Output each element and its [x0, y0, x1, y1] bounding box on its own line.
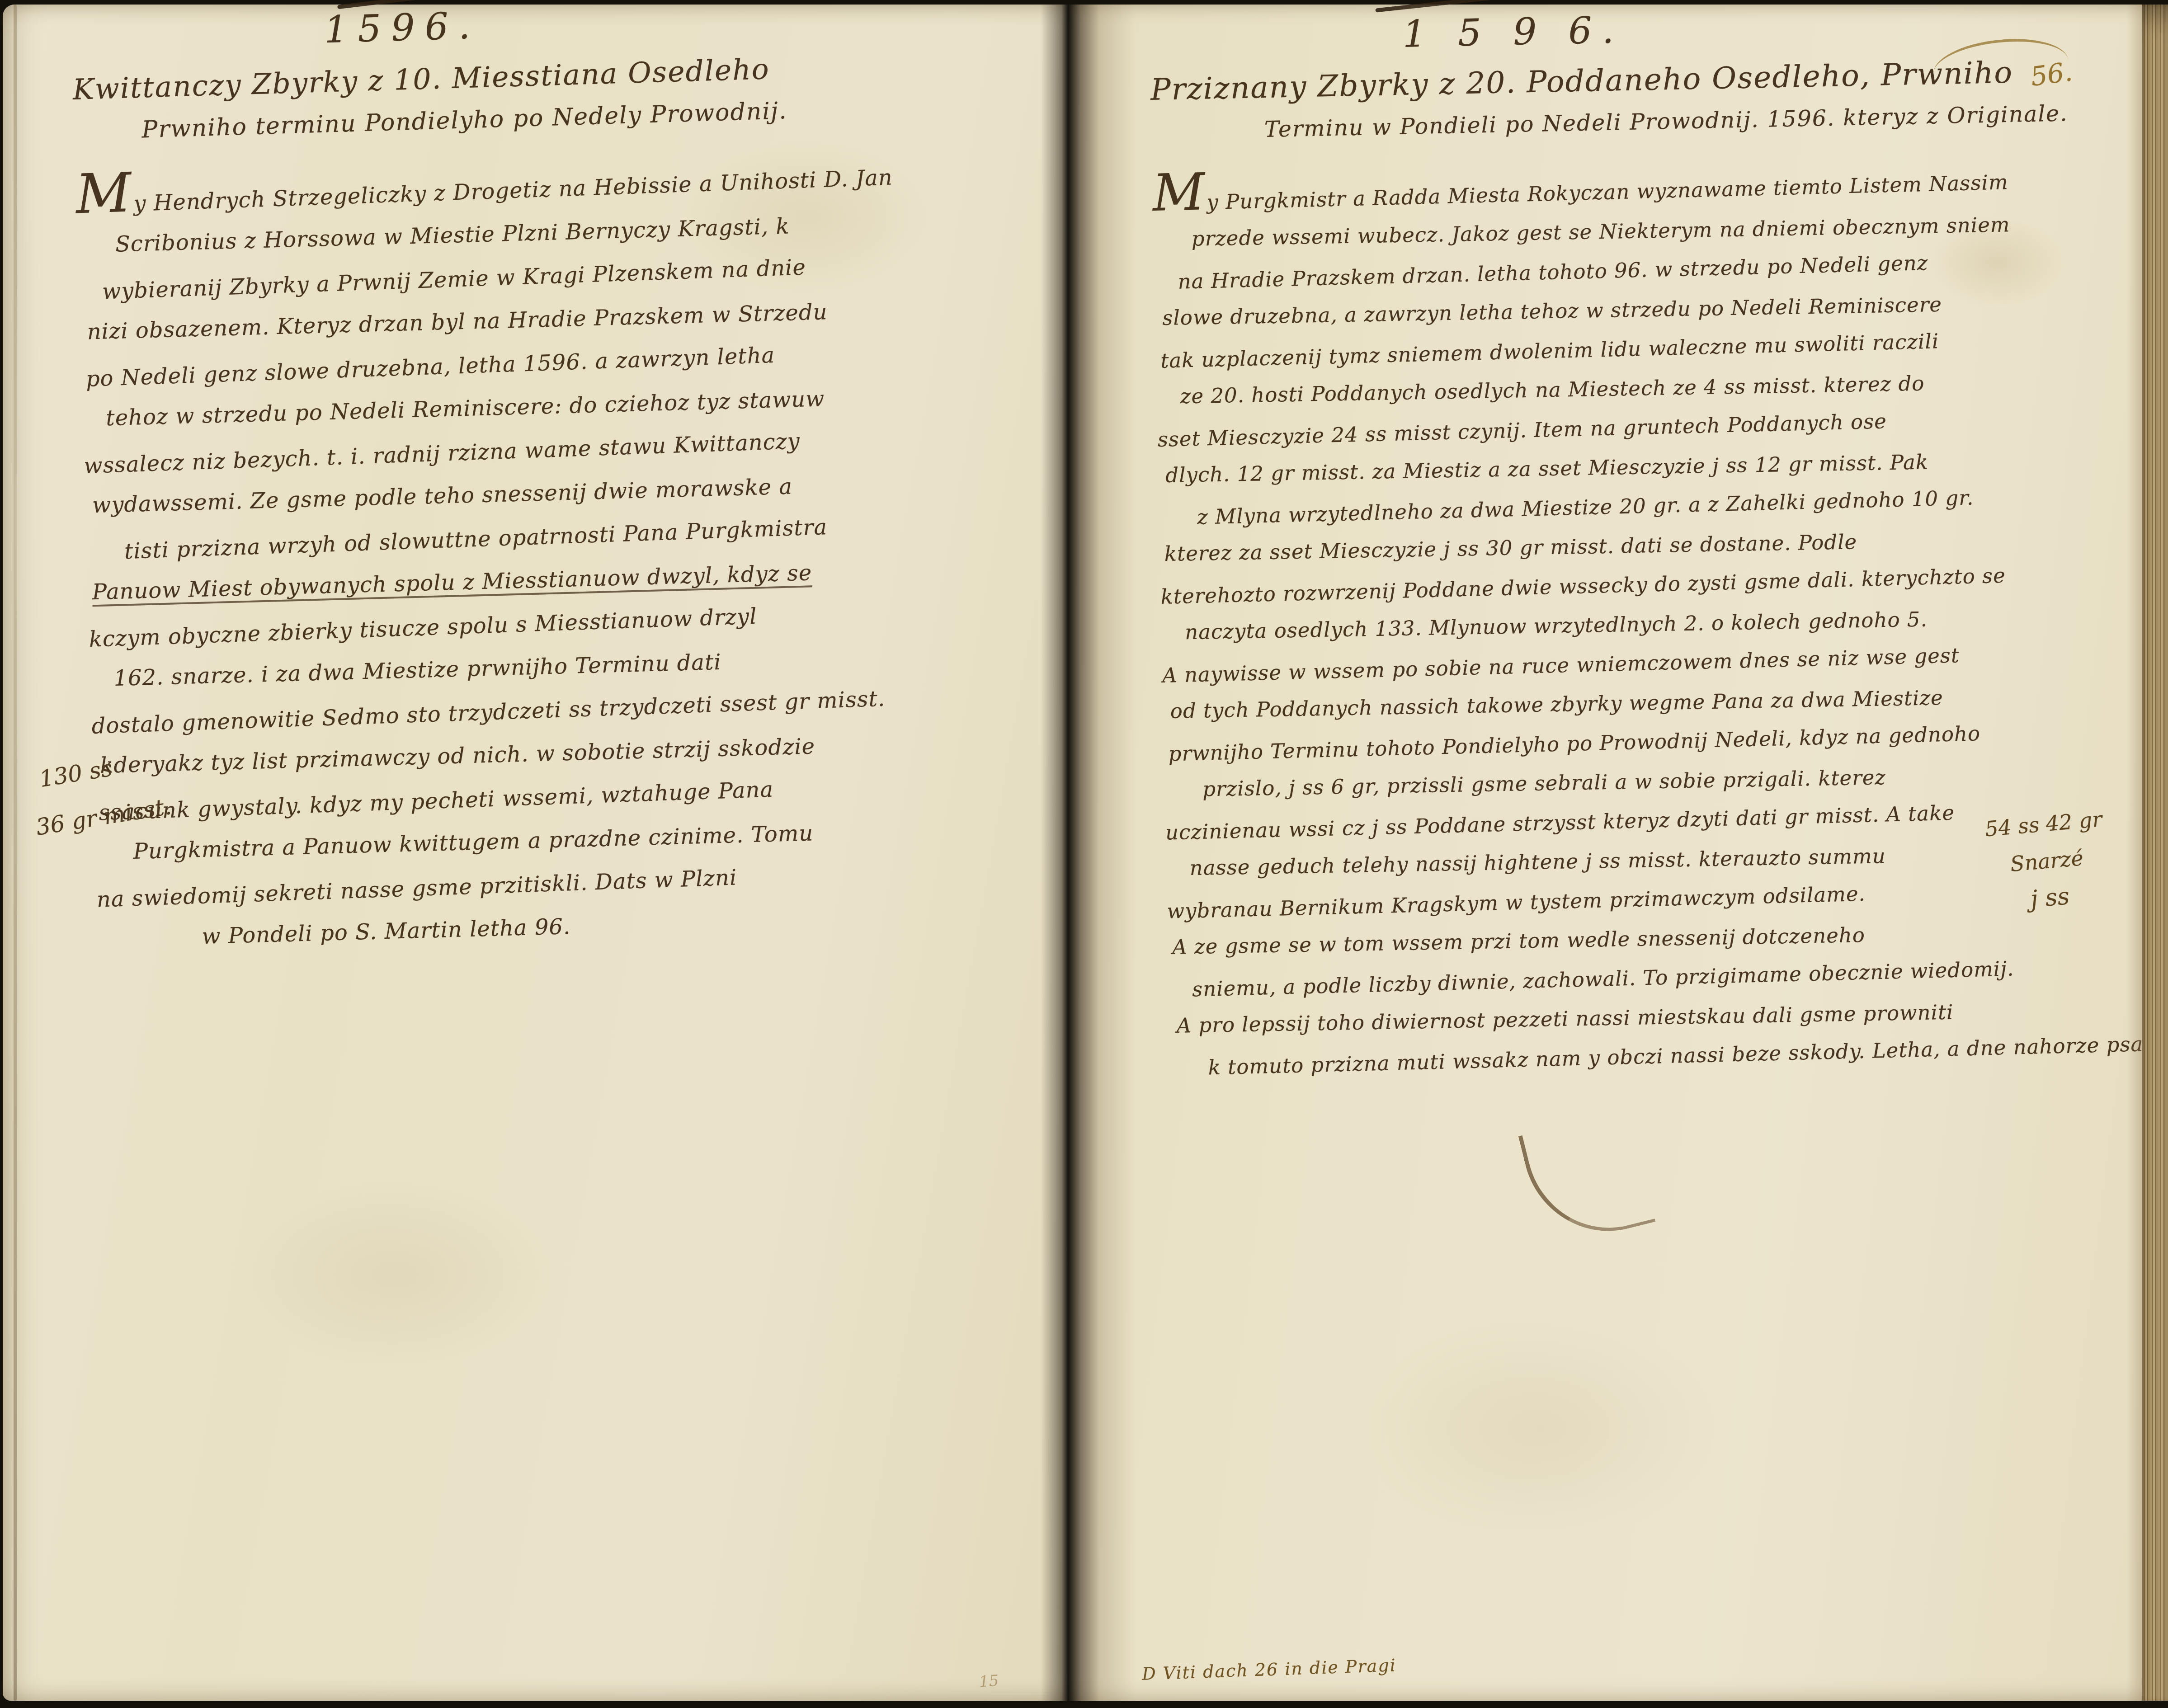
book-gutter [1041, 5, 1136, 1701]
left-page-crease [14, 5, 17, 1701]
bottom-faint-mark: 15 [979, 1672, 999, 1691]
left-page-body: My Hendrych Strzegeliczky z Drogetiz na … [75, 143, 1075, 962]
book-spread: 1596. Kwittanczy Zbyrky z 10. Miesstiana… [3, 5, 2168, 1701]
left-year-text: 1596. [324, 4, 481, 52]
right-margin-amount-note: 54 ss 42 gr Snarzé j ss [1984, 800, 2110, 922]
left-margin-amount-note: 130 ss 36 gr misst. [36, 737, 174, 849]
right-page-content: 1 5 9 6. Prziznany Zbyrky z 20. Poddaneh… [1149, 0, 2070, 1086]
left-page-content: 1596. Kwittanczy Zbyrky z 10. Miesstiana… [71, 0, 1075, 962]
right-page-body: My Purgkmistr a Radda Miesta Rokyczan wy… [1152, 154, 2070, 1086]
manuscript-photo: { "photo": { "background_color": "#14100… [0, 0, 2168, 1708]
folio-number: 56. [2029, 56, 2074, 92]
fore-edge-shadow [2126, 5, 2142, 1701]
page-fore-edge [2142, 5, 2168, 1701]
right-year-text: 1 5 9 6. [1402, 9, 1624, 56]
